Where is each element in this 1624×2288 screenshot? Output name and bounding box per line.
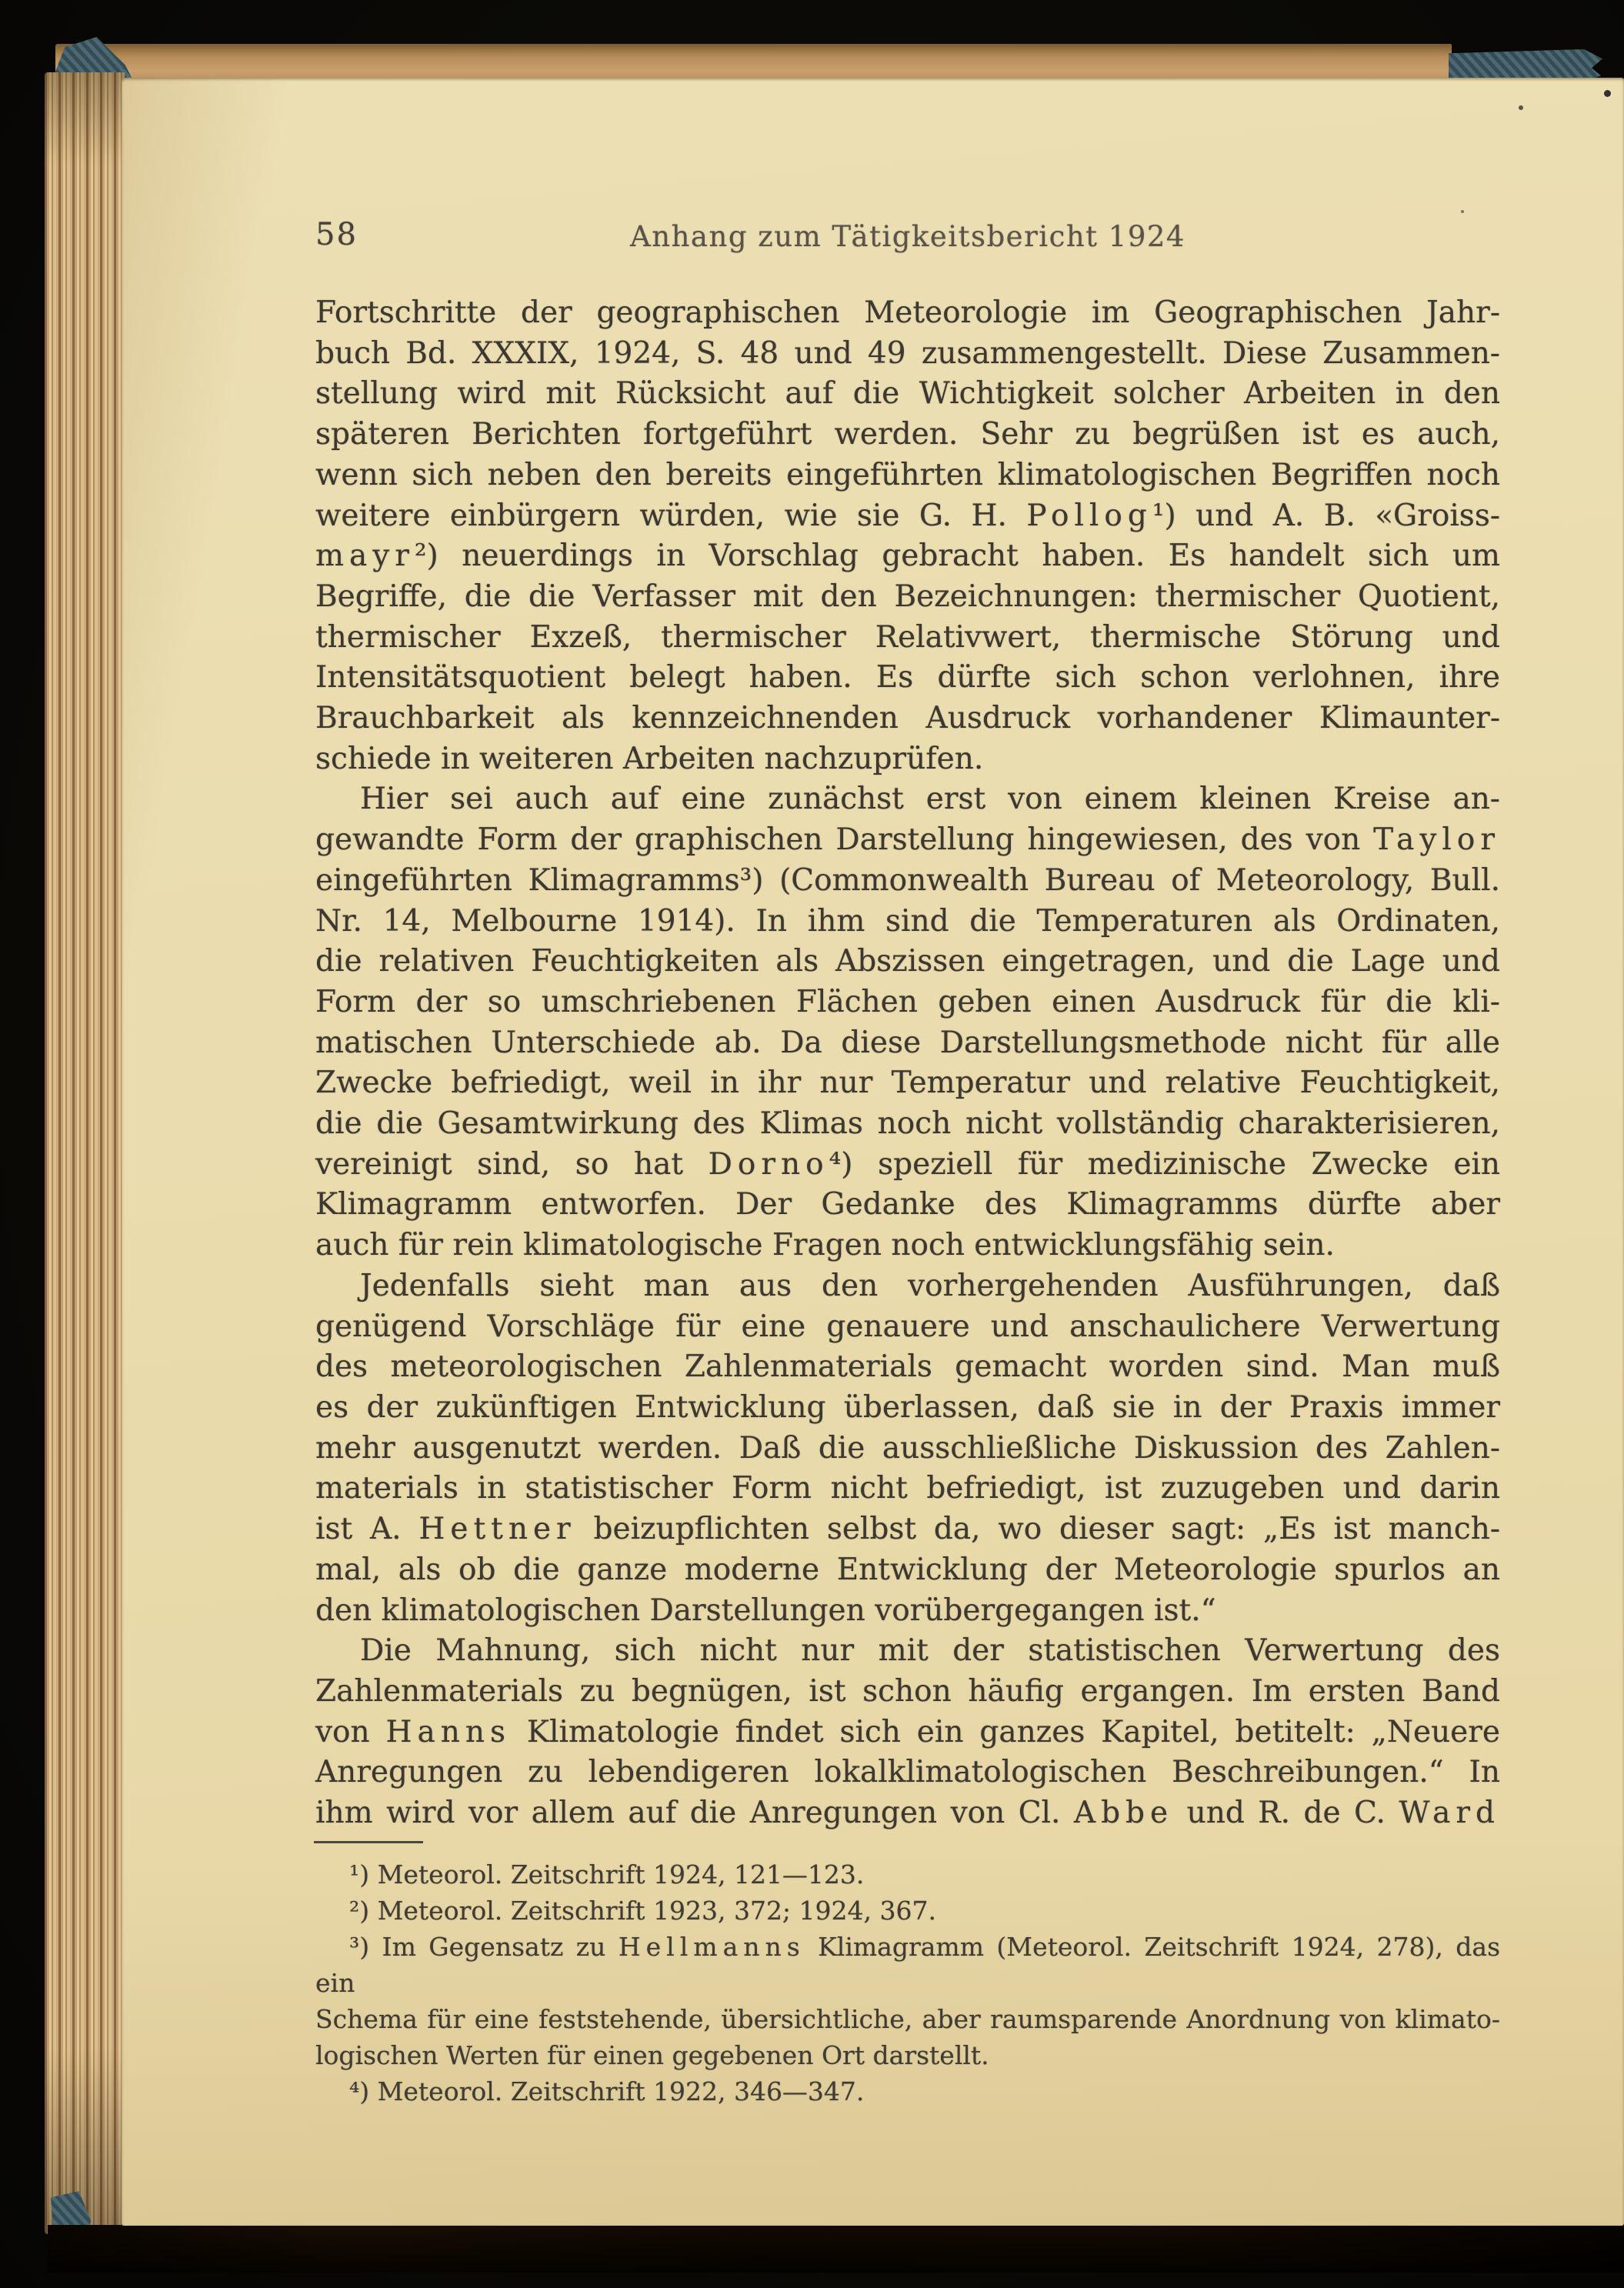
text-line: ³) Im Gegensatz zu Hellmanns Klimagramm … [315,1929,1500,2001]
body-text: Fortschritte der geographischen Meteorol… [315,293,1500,1834]
text-line: weitere einbürgern würden, wie sie G. H.… [315,496,1500,537]
text-line: Jedenfalls sieht man aus den vorhergehen… [315,1266,1500,1307]
text-line: die die Gesamtwirkung des Klimas noch ni… [315,1104,1500,1145]
text-line: Begriffe, die die Verfasser mit den Beze… [315,577,1500,618]
text-line: die relativen Feuchtigkeiten als Absziss… [315,942,1500,982]
text-line: wenn sich neben den bereits eingeführten… [315,455,1500,496]
text-line: mal, als ob die ganze moderne Entwicklun… [315,1550,1500,1591]
text-line: logischen Werten für einen gegebenen Ort… [315,2037,1500,2073]
text-line: Brauchbarkeit als kennzeichnenden Ausdru… [315,699,1500,739]
text-line: Zwecke befriedigt, weil in ihr nur Tempe… [315,1063,1500,1104]
text-line: Intensitätsquotient belegt haben. Es dür… [315,658,1500,699]
text-line: Die Mahnung, sich nicht nur mit der stat… [315,1631,1500,1672]
text-line: mehr ausgenutzt werden. Daß die ausschli… [315,1429,1500,1469]
footnotes-block: ¹) Meteorol. Zeitschrift 1924, 121—123.²… [315,1856,1500,2110]
text-line: thermischer Exzeß, thermischer Relativwe… [315,618,1500,659]
text-line: Fortschritte der geographischen Meteorol… [315,293,1500,334]
ink-speck [1461,210,1464,213]
page-edge-stack-left [45,72,125,2234]
text-line: eingeführten Klimagramms³) (Commonwealth… [315,861,1500,902]
text-line: ist A. Hettner beizupflichten selbst da,… [315,1509,1500,1550]
text-line: stellung wird mit Rücksicht auf die Wich… [315,374,1500,415]
text-line: den klimatologischen Darstellungen vorüb… [315,1591,1500,1632]
text-line: ²) Meteorol. Zeitschrift 1923, 372; 1924… [315,1893,1500,1929]
running-title: Anhang zum Tätigkeitsbericht 1924 [315,220,1500,253]
book-bottom-shadow-edge [48,2225,1624,2273]
book-page: 58 Anhang zum Tätigkeitsbericht 1924 For… [122,78,1624,2226]
text-line: ihm wird vor allem auf die Anregungen vo… [315,1793,1500,1834]
text-line: genügend Vorschläge für eine genauere un… [315,1307,1500,1348]
text-line: Nr. 14, Melbourne 1914). In ihm sind die… [315,902,1500,942]
text-line: späteren Berichten fortgeführt werden. S… [315,415,1500,455]
text-line: es der zukünftigen Entwicklung überlasse… [315,1388,1500,1429]
text-line: schiede in weiteren Arbeiten nachzuprüfe… [315,739,1500,780]
text-line: Form der so umschriebenen Flächen geben … [315,982,1500,1023]
text-line: vereinigt sind, so hat Dorno⁴) speziell … [315,1145,1500,1186]
text-line: auch für rein klimatologische Fragen noc… [315,1226,1500,1266]
scanned-book-spread: 58 Anhang zum Tätigkeitsbericht 1924 For… [0,0,1624,2288]
text-line: Schema für eine feststehende, übersichtl… [315,2001,1500,2037]
ink-speck [1604,90,1611,97]
book-top-page-block-edge [55,44,1452,80]
text-line: matischen Unterschiede ab. Da diese Dars… [315,1023,1500,1064]
text-line: ⁴) Meteorol. Zeitschrift 1922, 346—347. [315,2073,1500,2110]
text-line: buch Bd. XXXIX, 1924, S. 48 und 49 zusam… [315,334,1500,375]
text-line: Hier sei auch auf eine zunächst erst von… [315,779,1500,820]
text-line: von Hanns Klimatologie findet sich ein g… [315,1713,1500,1753]
text-line: mayr²) neuerdings in Vorschlag gebracht … [315,536,1500,577]
text-line: ¹) Meteorol. Zeitschrift 1924, 121—123. [315,1856,1500,1893]
text-line: materials in statistischer Form nicht be… [315,1469,1500,1509]
ink-speck [1519,105,1523,110]
text-line: Klimagramm entworfen. Der Gedanke des Kl… [315,1185,1500,1226]
text-line: Anregungen zu lebendigeren lokalklimatol… [315,1753,1500,1793]
footnote-separator-rule [314,1841,423,1843]
text-line: Zahlenmaterials zu begnügen, ist schon h… [315,1672,1500,1713]
text-line: des meteorologischen Zahlenmaterials gem… [315,1347,1500,1388]
text-line: gewandte Form der graphischen Darstellun… [315,820,1500,861]
